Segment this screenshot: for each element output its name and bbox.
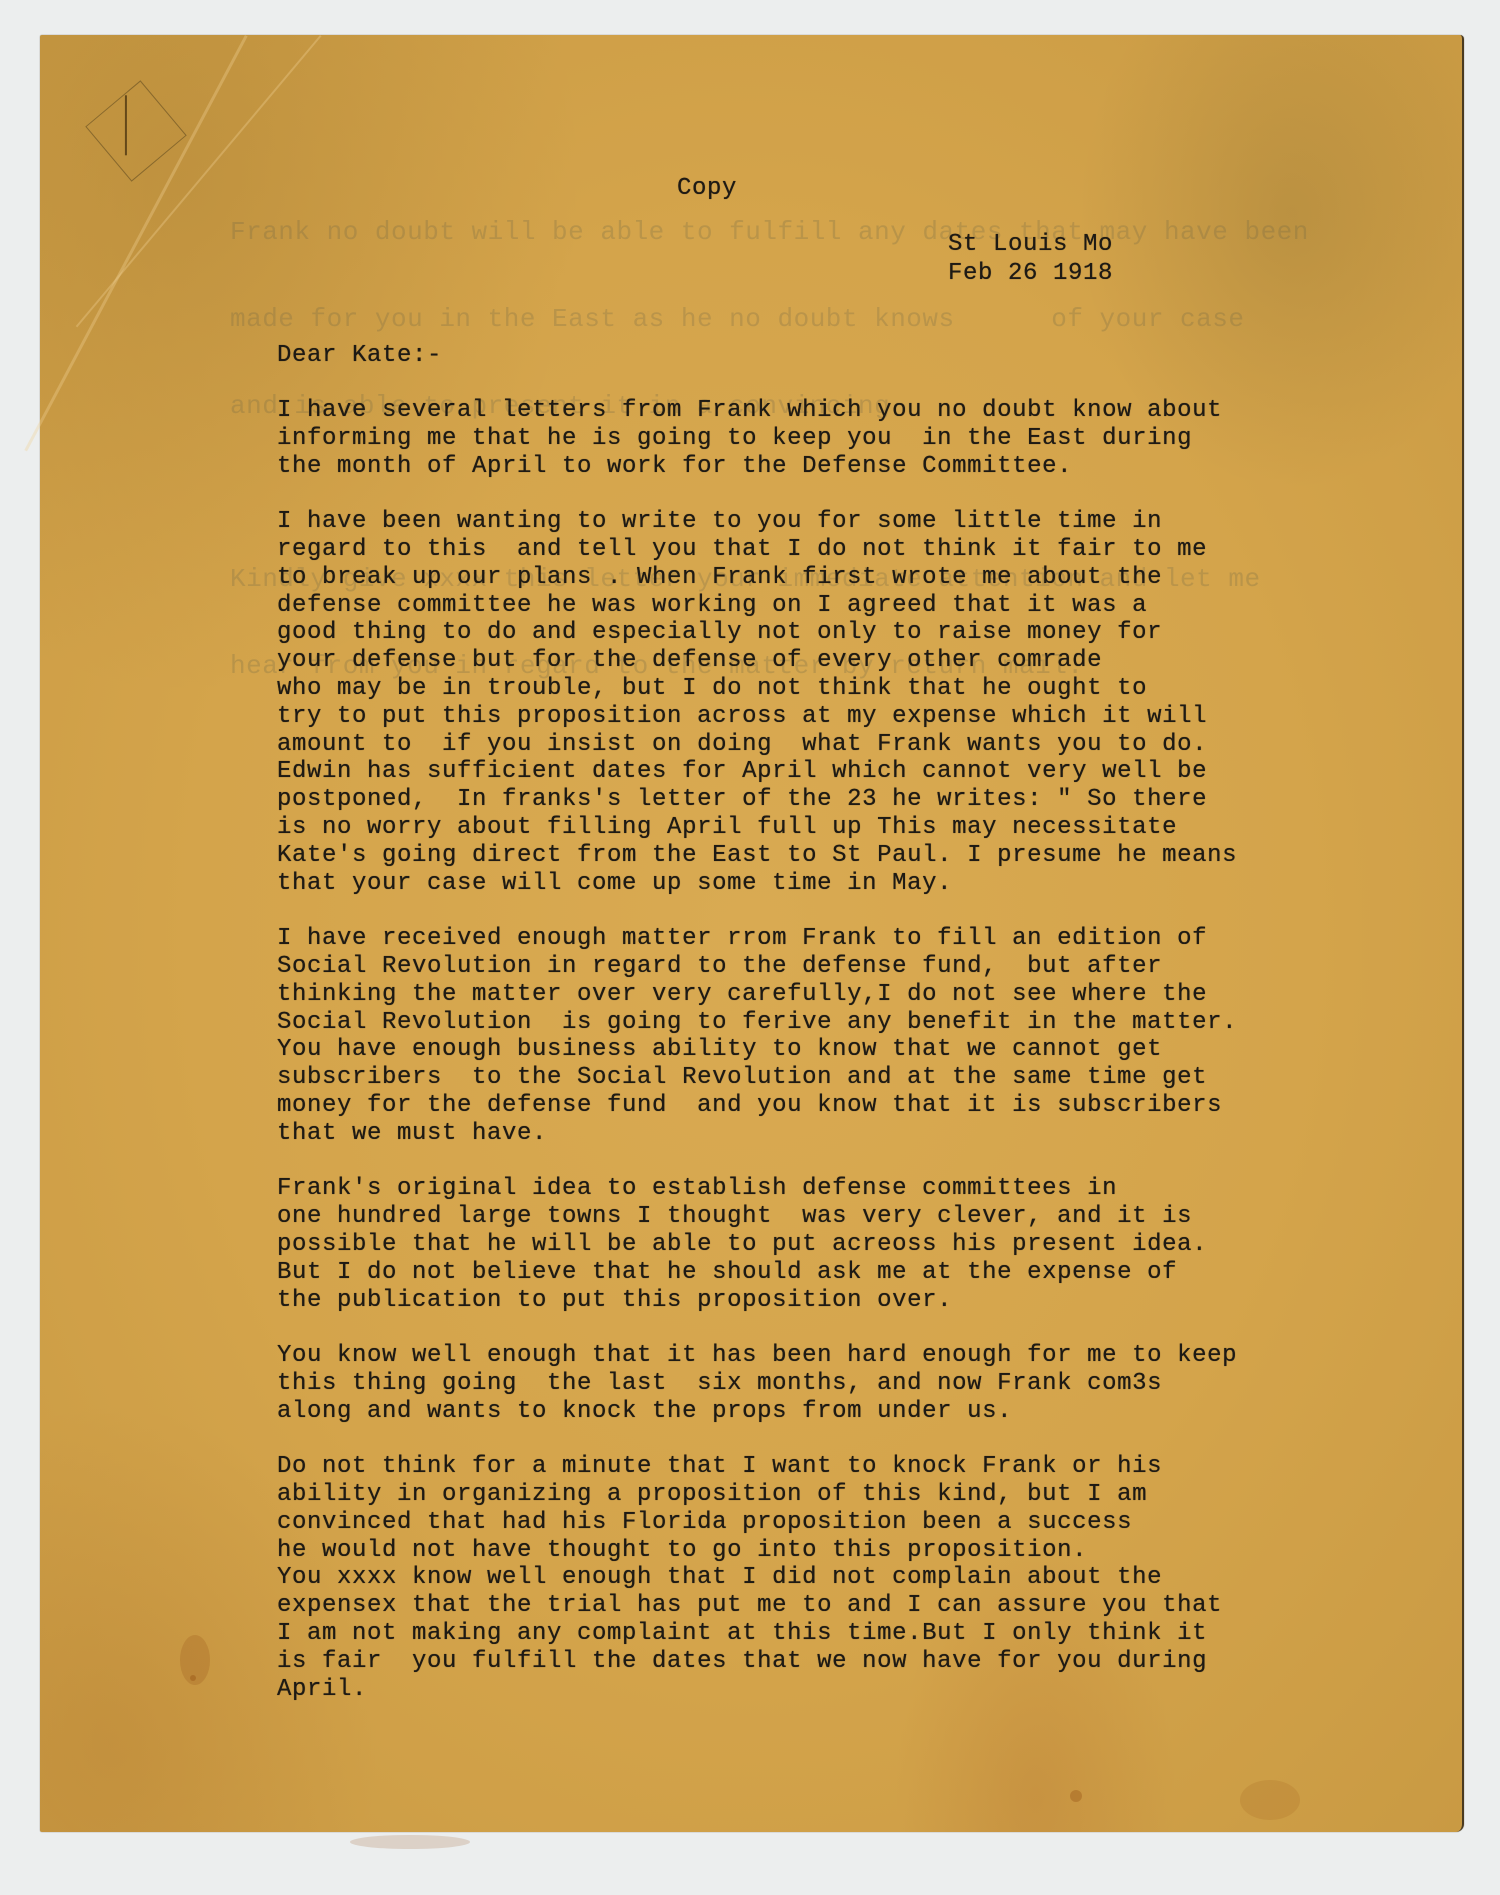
paragraph-3: I have received enough matter rrom Frank… — [277, 925, 1397, 1147]
text-line: But I do not believe that he should ask … — [277, 1259, 1397, 1287]
paper-crease — [76, 35, 322, 327]
text-line: Social Revolution is going to ferive any… — [277, 1009, 1397, 1037]
text-line: one hundred large towns I thought was ve… — [277, 1203, 1397, 1231]
text-line: regard to this and tell you that I do no… — [277, 536, 1397, 564]
paper-stain — [1070, 1790, 1082, 1802]
text-line: thinking the matter over very carefully,… — [277, 981, 1397, 1009]
paragraph-4: Frank's original idea to establish defen… — [277, 1175, 1397, 1314]
text-line: the publication to put this proposition … — [277, 1287, 1397, 1315]
text-line: good thing to do and especially not only… — [277, 619, 1397, 647]
text-line: money for the defense fund and you know … — [277, 1092, 1397, 1120]
paragraph-5: You know well enough that it has been ha… — [277, 1342, 1397, 1425]
text-line: subscribers to the Social Revolution and… — [277, 1064, 1397, 1092]
paper-stain — [350, 1835, 470, 1849]
text-line: is no worry about filling April full up … — [277, 814, 1397, 842]
text-line: I have been wanting to write to you for … — [277, 508, 1397, 536]
text-line: I have received enough matter rrom Frank… — [277, 925, 1397, 953]
text-line: your defense but for the defense of ever… — [277, 647, 1397, 675]
paper-tab-cut — [85, 80, 186, 181]
text-line: defense committee he was working on I ag… — [277, 592, 1397, 620]
text-line: this thing going the last six months, an… — [277, 1370, 1397, 1398]
paragraph-6: Do not think for a minute that I want to… — [277, 1453, 1397, 1703]
paper-stain — [1240, 1780, 1300, 1820]
date-line: Feb 26 1918 — [948, 259, 1113, 288]
text-line: Do not think for a minute that I want to… — [277, 1453, 1397, 1481]
text-line: ability in organizing a proposition of t… — [277, 1481, 1397, 1509]
place-line: St Louis Mo — [948, 230, 1113, 259]
copy-label: Copy — [677, 175, 737, 202]
text-line: convinced that had his Florida propositi… — [277, 1509, 1397, 1537]
text-line: You have enough business ability to know… — [277, 1036, 1397, 1064]
text-line: who may be in trouble, but I do not thin… — [277, 675, 1397, 703]
text-line: he would not have thought to go into thi… — [277, 1537, 1397, 1565]
paper-stain — [190, 1675, 196, 1681]
text-line: the month of April to work for the Defen… — [277, 453, 1397, 481]
paragraph-2: I have been wanting to write to you for … — [277, 508, 1397, 897]
text-line: Edwin has sufficient dates for April whi… — [277, 758, 1397, 786]
text-line: that we must have. — [277, 1120, 1397, 1148]
salutation: Dear Kate:- — [277, 342, 442, 369]
text-line: You xxxx know well enough that I did not… — [277, 1564, 1397, 1592]
text-line: Kate's going direct from the East to St … — [277, 842, 1397, 870]
text-line: informing me that he is going to keep yo… — [277, 425, 1397, 453]
paragraph-1: I have several letters from Frank which … — [277, 397, 1397, 480]
text-line: possible that he will be able to put acr… — [277, 1231, 1397, 1259]
text-line: amount to if you insist on doing what Fr… — [277, 731, 1397, 759]
text-line: Frank's original idea to establish defen… — [277, 1175, 1397, 1203]
text-line: try to put this proposition across at my… — [277, 703, 1397, 731]
letter-body: I have several letters from Frank which … — [277, 397, 1397, 1703]
text-line: You know well enough that it has been ha… — [277, 1342, 1397, 1370]
text-line: that your case will come up some time in… — [277, 870, 1397, 898]
text-line: to break up our plans . When Frank first… — [277, 564, 1397, 592]
text-line: postponed, In franks's letter of the 23 … — [277, 786, 1397, 814]
text-line: I am not making any complaint at this ti… — [277, 1620, 1397, 1648]
text-line: expensex that the trial has put me to an… — [277, 1592, 1397, 1620]
text-line: is fair you fulfill the dates that we no… — [277, 1648, 1397, 1676]
text-line: April. — [277, 1676, 1397, 1704]
text-line: I have several letters from Frank which … — [277, 397, 1397, 425]
letter-heading: St Louis Mo Feb 26 1918 — [948, 230, 1113, 288]
text-line: along and wants to knock the props from … — [277, 1398, 1397, 1426]
text-line: Social Revolution in regard to the defen… — [277, 953, 1397, 981]
